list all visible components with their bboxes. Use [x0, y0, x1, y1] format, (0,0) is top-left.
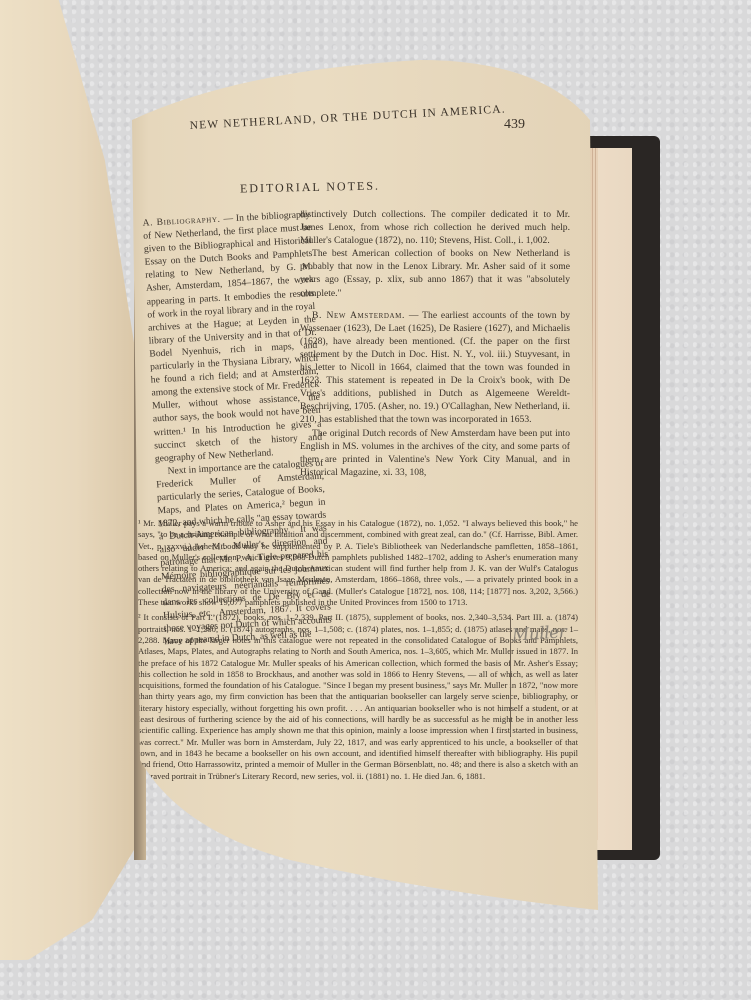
paragraph-continuation: distinctively Dutch collections. The com…: [300, 208, 570, 247]
paragraph-bibliography: A. Bibliography. — In the bibliography o…: [142, 208, 323, 465]
paragraph-new-amsterdam: B. New Amsterdam. — The earliest account…: [300, 309, 570, 427]
footnotes: ¹ Mr. Muller pays a warm tribute to Ashe…: [138, 518, 578, 786]
paragraph-records: The original Dutch records of New Amster…: [300, 427, 570, 479]
footnote-1: ¹ Mr. Muller pays a warm tribute to Ashe…: [138, 518, 578, 608]
right-page: NEW NETHERLAND, OR THE DUTCH IN AMERICA.…: [120, 60, 598, 910]
running-head: NEW NETHERLAND, OR THE DUTCH IN AMERICA.: [189, 103, 506, 132]
pencil-bracket: [508, 617, 511, 737]
page-number: 439: [504, 117, 525, 133]
section-title: EDITORIAL NOTES.: [240, 179, 380, 197]
margin-annotation: Muller: [511, 622, 567, 646]
paragraph-lenox: The best American collection of books on…: [300, 247, 570, 299]
right-column: distinctively Dutch collections. The com…: [300, 208, 570, 479]
left-page: [0, 0, 140, 960]
paragraph-label: B. New Amsterdam.: [312, 310, 405, 321]
